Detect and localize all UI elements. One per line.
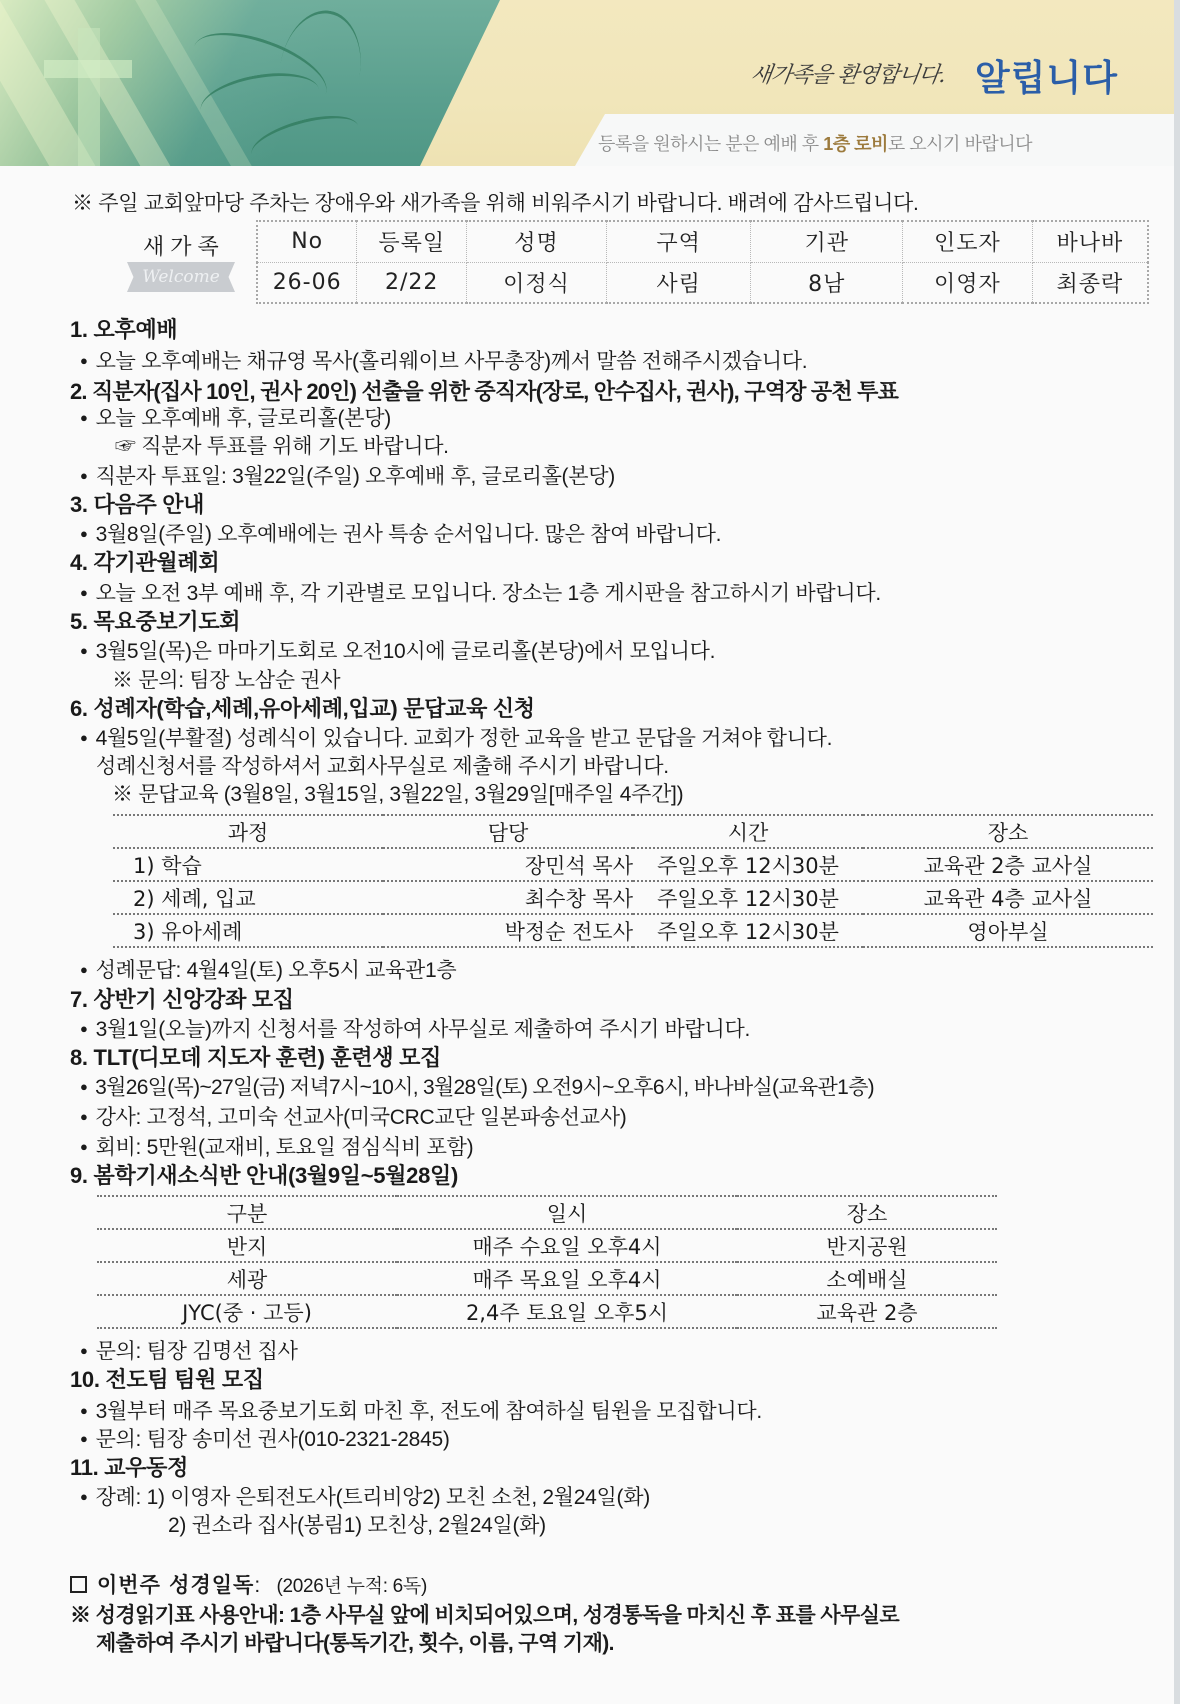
bible-reading-note-continued: 제출하여 주시기 바랍니다(통독기간, 횟수, 이름, 구역 기재). xyxy=(96,1633,614,1654)
column-header: 등록일 xyxy=(357,221,467,262)
table-row: 세광 매주 목요일 오후4시 소예배실 xyxy=(97,1262,997,1295)
table-cell: 8남 xyxy=(751,262,903,303)
column-header: 장소 xyxy=(863,815,1153,848)
subtitle-highlight: 1층 로비 xyxy=(823,134,888,154)
checkbox-icon xyxy=(70,1576,87,1593)
table-row: JYC(중 · 고등) 2,4주 토요일 오후5시 교육관 2층 xyxy=(97,1295,997,1328)
table-row: 반지 매주 수요일 오후4시 반지공원 xyxy=(97,1229,997,1262)
list-item: 3월5일(목)은 마마기도회로 오전10시에 글로리홀(본당)에서 모입니다. xyxy=(80,641,715,662)
list-item: 3월8일(주일) 오후예배에는 권사 특송 순서입니다. 많은 참여 바랍니다. xyxy=(80,524,721,545)
page-edge xyxy=(1174,0,1180,1704)
parking-notice: ※ 주일 교회앞마당 주차는 장애우와 새가족을 위해 비워주시기 바랍니다. … xyxy=(72,193,919,214)
section-title: 7. 상반기 신앙강좌 모집 xyxy=(70,989,294,1011)
column-header: No xyxy=(257,221,357,262)
table-row: 26-06 2/22 이정식 사림 8남 이영자 최종락 xyxy=(257,262,1148,303)
list-item: 오늘 오후예배는 채규영 목사(홀리웨이브 사무총장)께서 말씀 전해주시겠습니… xyxy=(80,351,807,372)
column-header: 바나바 xyxy=(1032,221,1148,262)
table-cell: 교육관 2층 교사실 xyxy=(863,848,1153,881)
list-item: 성례문답: 4월4일(토) 오후5시 교육관1층 xyxy=(80,960,456,981)
contact-note: ※ 문의: 팀장 노삼순 권사 xyxy=(112,670,340,691)
list-item: 4월5일(부활절) 성례식이 있습니다. 교회가 정한 교육을 받고 문답을 거… xyxy=(80,728,832,749)
spring-class-table: 구분 일시 장소 반지 매주 수요일 오후4시 반지공원 세광 매주 목요일 오… xyxy=(97,1195,997,1329)
table-cell: 2,4주 토요일 오후5시 xyxy=(397,1295,737,1328)
table-header-row: 구분 일시 장소 xyxy=(97,1196,997,1229)
column-header: 담당 xyxy=(383,815,633,848)
list-item: 강사: 고정석, 고미숙 선교사(미국CRC교단 일본파송선교사) xyxy=(80,1107,626,1128)
section-title: 1. 오후예배 xyxy=(70,319,177,341)
list-item-continued: 2) 권소라 집사(봉림1) 모친상, 2월24일(화) xyxy=(168,1515,546,1536)
list-item: 회비: 5만원(교재비, 토요일 점심식비 포함) xyxy=(80,1137,473,1158)
section-title: 4. 각기관월례회 xyxy=(70,552,219,574)
section-title: 6. 성례자(학습,세례,유아세례,입교) 문답교육 신청 xyxy=(70,698,535,720)
welcome-script-text: 새가족을 환영합니다. xyxy=(749,58,948,89)
column-header: 인도자 xyxy=(903,221,1033,262)
column-header: 구역 xyxy=(606,221,751,262)
list-item: 3월부터 매주 목요중보기도회 마친 후, 전도에 참여하실 팀원을 모집합니다… xyxy=(80,1401,762,1422)
table-cell: 1) 학습 xyxy=(113,848,383,881)
registration-subtitle: 등록을 원하시는 분은 예배 후 1층 로비로 오시기 바랍니다 xyxy=(598,130,1032,156)
table-cell: 최종락 xyxy=(1032,262,1148,303)
table-cell: 이정식 xyxy=(467,262,607,303)
palm-leaf-icon xyxy=(270,4,370,136)
section-title: 8. TLT(디모데 지도자 훈련) 훈련생 모집 xyxy=(70,1047,441,1069)
table-cell: 3) 유아세례 xyxy=(113,914,383,947)
bible-reading-note: ※ 성경읽기표 사용안내: 1층 사무실 앞에 비치되어있으며, 성경통독을 마… xyxy=(70,1605,899,1626)
table-cell: 반지 xyxy=(97,1229,397,1262)
cross-icon-bar xyxy=(44,60,132,78)
column-header: 기관 xyxy=(751,221,903,262)
sacrament-table: 과정 담당 시간 장소 1) 학습 장민석 목사 주일오후 12시30분 교육관… xyxy=(113,814,1153,948)
list-item-note: ☞ 직분자 투표를 위해 기도 바랍니다. xyxy=(115,436,449,457)
table-cell: 교육관 2층 xyxy=(737,1295,997,1328)
list-item-note: ※ 문답교육 (3월8일, 3월15일, 3월22일, 3월29일[매주일 4주… xyxy=(112,784,683,805)
bible-reading-count: (2026년 누적: 6독) xyxy=(276,1576,427,1597)
subtitle-text: 등록을 원하시는 분은 예배 후 xyxy=(598,134,823,154)
section-title: 10. 전도팀 팀원 모집 xyxy=(70,1369,264,1391)
table-cell: 최수창 목사 xyxy=(383,881,633,914)
section-title: 5. 목요중보기도회 xyxy=(70,611,240,633)
table-cell: 교육관 4층 교사실 xyxy=(863,881,1153,914)
column-header: 구분 xyxy=(97,1196,397,1229)
column-header: 과정 xyxy=(113,815,383,848)
table-cell: 2) 세례, 입교 xyxy=(113,881,383,914)
list-item: 문의: 팀장 송미선 권사(010-2321-2845) xyxy=(80,1429,450,1450)
list-item: 문의: 팀장 김명선 집사 xyxy=(80,1341,298,1362)
table-cell: 사림 xyxy=(606,262,751,303)
table-cell: 매주 목요일 오후4시 xyxy=(397,1262,737,1295)
table-row: 3) 유아세례 박정순 전도사 주일오후 12시30분 영아부실 xyxy=(113,914,1153,947)
column-header: 일시 xyxy=(397,1196,737,1229)
table-cell: 주일오후 12시30분 xyxy=(633,881,863,914)
subtitle-text-end: 로 오시기 바랍니다 xyxy=(888,134,1032,154)
list-item: 오늘 오후예배 후, 글로리홀(본당) xyxy=(80,408,391,429)
table-cell: 주일오후 12시30분 xyxy=(633,848,863,881)
new-family-label: 새가족 xyxy=(143,230,225,261)
table-cell: 영아부실 xyxy=(863,914,1153,947)
section-title: 3. 다음주 안내 xyxy=(70,494,204,516)
list-item: 직분자 투표일: 3월22일(주일) 오후예배 후, 글로리홀(본당) xyxy=(80,466,615,487)
table-row: 1) 학습 장민석 목사 주일오후 12시30분 교육관 2층 교사실 xyxy=(113,848,1153,881)
column-header: 장소 xyxy=(737,1196,997,1229)
table-cell: 박정순 전도사 xyxy=(383,914,633,947)
list-item: 3월1일(오늘)까지 신청서를 작성하여 사무실로 제출하여 주시기 바랍니다. xyxy=(80,1019,750,1040)
new-family-table: No 등록일 성명 구역 기관 인도자 바나바 26-06 2/22 이정식 사… xyxy=(256,220,1149,304)
table-cell: 반지공원 xyxy=(737,1229,997,1262)
section-title: 9. 봄학기새소식반 안내(3월9일~5월28일) xyxy=(70,1165,458,1187)
table-cell: JYC(중 · 고등) xyxy=(97,1295,397,1328)
table-cell: 주일오후 12시30분 xyxy=(633,914,863,947)
table-row: 2) 세례, 입교 최수창 목사 주일오후 12시30분 교육관 4층 교사실 xyxy=(113,881,1153,914)
section-title: 2. 직분자(집사 10인, 권사 20인) 선출을 위한 중직자(장로, 안수… xyxy=(70,381,898,403)
header-banner: 새가족을 환영합니다. 알립니다 등록을 원하시는 분은 예배 후 1층 로비로… xyxy=(0,0,1180,166)
list-item-continued: 성례신청서를 작성하셔서 교회사무실로 제출해 주시기 바랍니다. xyxy=(96,756,669,777)
colon: : xyxy=(254,1574,260,1597)
bible-reading-title: 이번주 성경일독 xyxy=(97,1572,254,1597)
welcome-badge: Welcome xyxy=(127,262,235,292)
table-cell: 세광 xyxy=(97,1262,397,1295)
table-cell: 2/22 xyxy=(357,262,467,303)
page-title: 알립니다 xyxy=(975,50,1118,101)
table-cell: 소예배실 xyxy=(737,1262,997,1295)
cross-icon xyxy=(78,28,100,166)
banner-green-illustration xyxy=(0,0,500,166)
column-header: 시간 xyxy=(633,815,863,848)
table-cell: 이영자 xyxy=(903,262,1033,303)
table-cell: 장민석 목사 xyxy=(383,848,633,881)
list-item: 장례: 1) 이영자 은퇴전도사(트리비앙2) 모친 소천, 2월24일(화) xyxy=(80,1487,650,1508)
table-header-row: 과정 담당 시간 장소 xyxy=(113,815,1153,848)
list-item: 오늘 오전 3부 예배 후, 각 기관별로 모입니다. 장소는 1층 게시판을 … xyxy=(80,583,881,604)
section-title: 11. 교우동정 xyxy=(70,1457,188,1479)
column-header: 성명 xyxy=(467,221,607,262)
table-cell: 26-06 xyxy=(257,262,357,303)
bible-reading-heading: 이번주 성경일독: (2026년 누적: 6독) xyxy=(70,1574,427,1596)
table-cell: 매주 수요일 오후4시 xyxy=(397,1229,737,1262)
table-header-row: No 등록일 성명 구역 기관 인도자 바나바 xyxy=(257,221,1148,262)
list-item: 3월26일(목)~27일(금) 저녁7시~10시, 3월28일(토) 오전9시~… xyxy=(80,1077,874,1098)
